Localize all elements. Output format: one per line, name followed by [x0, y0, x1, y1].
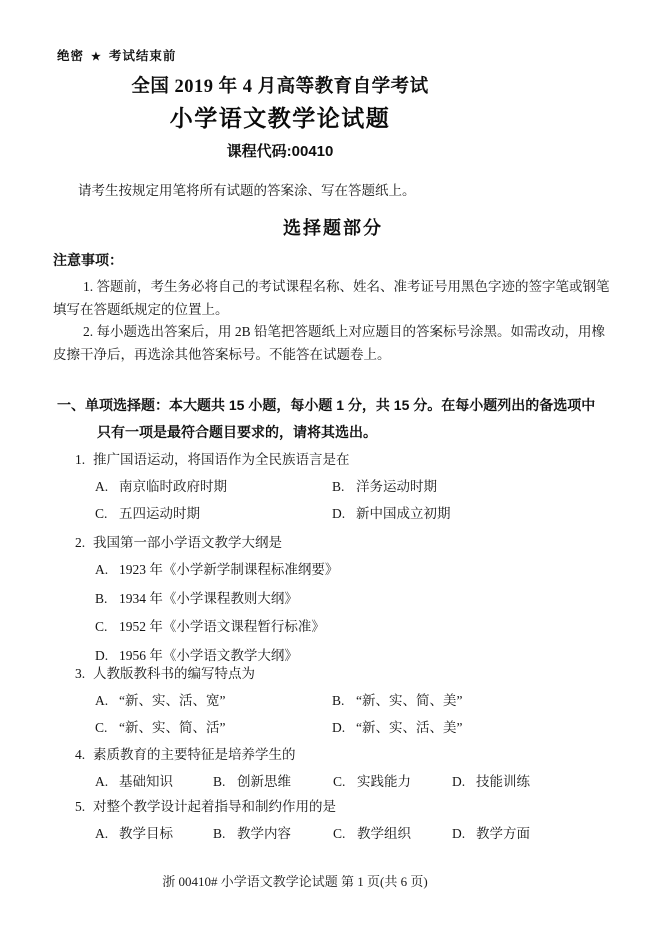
course-code: 课程代码:00410 [0, 141, 560, 163]
question-stem: 3.人教版教科书的编写特点为 [57, 660, 617, 687]
option-letter: A. [95, 556, 119, 585]
option-a: A.南京临时政府时期 [95, 473, 332, 500]
question-stem: 1.推广国语运动，将国语作为全民族语言是在 [57, 446, 617, 473]
secrecy-note: 考试结束前 [109, 49, 177, 63]
option-d: D.“新、实、活、美” [332, 714, 462, 741]
option-text: “新、实、简、活” [119, 720, 225, 735]
option-letter: C. [95, 500, 119, 527]
option-letter: A. [95, 687, 119, 714]
option-letter: A. [95, 768, 119, 795]
notice-item-1-line-2: 填写在答题纸规定的位置上。 [53, 299, 613, 322]
options-row: C.五四运动时期D.新中国成立初期 [57, 500, 617, 527]
option-c: C.实践能力 [333, 768, 452, 795]
secrecy-label: 绝密 [57, 49, 84, 63]
pen-instruction: 请考生按规定用笔将所有试题的答案涂、写在答题纸上。 [78, 181, 416, 201]
option-text: “新、实、活、宽” [119, 693, 225, 708]
option-a: A.教学目标 [95, 820, 213, 847]
section-title: 选择题部分 [57, 216, 609, 240]
question-stem: 4.素质教育的主要特征是培养学生的 [57, 741, 617, 768]
option-b: B.“新、实、简、美” [332, 687, 462, 714]
option-letter: C. [333, 768, 357, 795]
option-d: D.新中国成立初期 [332, 500, 451, 527]
question-2: 2.我国第一部小学语文教学大纲是 A.1923 年《小学新学制课程标准纲要》 B… [57, 529, 617, 670]
option-letter: B. [95, 585, 119, 614]
options-row: A.教学目标B.教学内容C.教学组织D.教学方面 [57, 820, 617, 847]
option-c: C.五四运动时期 [95, 500, 332, 527]
notice-item-2-line-2: 皮擦干净后，再选涂其他答案标号。不能答在试题卷上。 [53, 344, 613, 367]
option-text: 1952 年《小学语文课程暂行标准》 [119, 619, 325, 634]
option-c: C.“新、实、简、活” [95, 714, 332, 741]
option-letter: C. [95, 613, 119, 642]
notice-item-1-line-1: 1. 答题前，考生务必将自己的考试课程名称、姓名、准考证号用黑色字迹的签字笔或钢… [53, 276, 613, 299]
option-text: 新中国成立初期 [356, 506, 451, 521]
option-letter: C. [333, 820, 357, 847]
option-a: A.1923 年《小学新学制课程标准纲要》 [57, 556, 617, 585]
question-stem-text: 推广国语运动，将国语作为全民族语言是在 [93, 452, 350, 467]
option-letter: B. [332, 687, 356, 714]
question-number: 4. [75, 741, 85, 768]
option-b: B.洋务运动时期 [332, 473, 437, 500]
option-text: 技能训练 [476, 774, 530, 789]
option-a: A.“新、实、活、宽” [95, 687, 332, 714]
option-b: B.创新思维 [213, 768, 333, 795]
option-text: 南京临时政府时期 [119, 479, 227, 494]
options-row: A.基础知识B.创新思维C.实践能力D.技能训练 [57, 768, 617, 795]
question-3: 3.人教版教科书的编写特点为 A.“新、实、活、宽”B.“新、实、简、美” C.… [57, 660, 617, 741]
part-one-heading-line-2: 只有一项是最符合题目要求的，请将其选出。 [57, 419, 617, 446]
question-1: 1.推广国语运动，将国语作为全民族语言是在 A.南京临时政府时期B.洋务运动时期… [57, 446, 617, 527]
question-4: 4.素质教育的主要特征是培养学生的 A.基础知识B.创新思维C.实践能力D.技能… [57, 741, 617, 795]
option-letter: D. [332, 714, 356, 741]
question-number: 1. [75, 446, 85, 473]
question-number: 2. [75, 529, 85, 556]
option-letter: D. [452, 820, 476, 847]
notice-list: 1. 答题前，考生务必将自己的考试课程名称、姓名、准考证号用黑色字迹的签字笔或钢… [53, 276, 613, 366]
option-c: C.1952 年《小学语文课程暂行标准》 [57, 613, 617, 642]
option-letter: B. [213, 768, 237, 795]
secrecy-banner: 绝密★考试结束前 [57, 47, 176, 66]
notice-title: 注意事项： [53, 250, 123, 270]
option-b: B.教学内容 [213, 820, 333, 847]
option-letter: D. [452, 768, 476, 795]
exam-title: 全国 2019 年 4 月高等教育自学考试 [0, 74, 560, 100]
footer-page-info: 浙 00410# 小学语文教学论试题 第 1 页(共 6 页) [0, 872, 590, 891]
option-letter: A. [95, 473, 119, 500]
option-text: 教学方面 [476, 826, 530, 841]
part-one-text: 单项选择题：本大题共 15 小题，每小题 1 分，共 15 分。在每小题列出的备… [85, 397, 595, 413]
option-text: 教学组织 [357, 826, 411, 841]
question-number: 5. [75, 793, 85, 820]
option-d: D.教学方面 [452, 820, 530, 847]
star-icon: ★ [91, 51, 102, 63]
part-one-label: 一、 [57, 397, 85, 413]
option-text: 基础知识 [119, 774, 173, 789]
option-d: D.技能训练 [452, 768, 530, 795]
option-b: B.1934 年《小学课程教则大纲》 [57, 585, 617, 614]
notice-item-2-line-1: 2. 每小题选出答案后，用 2B 铅笔把答题纸上对应题目的答案标号涂黑。如需改动… [53, 321, 613, 344]
exam-paper-page: 绝密★考试结束前 全国 2019 年 4 月高等教育自学考试 小学语文教学论试题… [0, 0, 656, 947]
question-stem: 2.我国第一部小学语文教学大纲是 [57, 529, 617, 556]
option-text: 教学目标 [119, 826, 173, 841]
option-letter: C. [95, 714, 119, 741]
option-text: 1934 年《小学课程教则大纲》 [119, 591, 298, 606]
option-text: “新、实、简、美” [356, 693, 462, 708]
question-stem-text: 人教版教科书的编写特点为 [93, 666, 255, 681]
option-text: 教学内容 [237, 826, 291, 841]
question-number: 3. [75, 660, 85, 687]
option-text: 五四运动时期 [119, 506, 200, 521]
part-one-heading-line-1: 一、单项选择题：本大题共 15 小题，每小题 1 分，共 15 分。在每小题列出… [57, 392, 617, 419]
options-row: A.“新、实、活、宽”B.“新、实、简、美” [57, 687, 617, 714]
options-row: C.“新、实、简、活”D.“新、实、活、美” [57, 714, 617, 741]
paper-title: 小学语文教学论试题 [0, 101, 560, 135]
option-text: 创新思维 [237, 774, 291, 789]
option-text: 实践能力 [357, 774, 411, 789]
option-text: “新、实、活、美” [356, 720, 462, 735]
option-text: 洋务运动时期 [356, 479, 437, 494]
option-letter: B. [213, 820, 237, 847]
option-c: C.教学组织 [333, 820, 452, 847]
question-stem-text: 素质教育的主要特征是培养学生的 [93, 747, 296, 762]
question-5: 5.对整个教学设计起着指导和制约作用的是 A.教学目标B.教学内容C.教学组织D… [57, 793, 617, 847]
part-one-heading: 一、单项选择题：本大题共 15 小题，每小题 1 分，共 15 分。在每小题列出… [57, 392, 617, 446]
question-stem: 5.对整个教学设计起着指导和制约作用的是 [57, 793, 617, 820]
options-row: A.南京临时政府时期B.洋务运动时期 [57, 473, 617, 500]
option-letter: A. [95, 820, 119, 847]
option-a: A.基础知识 [95, 768, 213, 795]
question-stem-text: 我国第一部小学语文教学大纲是 [93, 535, 282, 550]
option-letter: D. [332, 500, 356, 527]
option-text: 1923 年《小学新学制课程标准纲要》 [119, 562, 338, 577]
question-stem-text: 对整个教学设计起着指导和制约作用的是 [93, 799, 336, 814]
option-letter: B. [332, 473, 356, 500]
